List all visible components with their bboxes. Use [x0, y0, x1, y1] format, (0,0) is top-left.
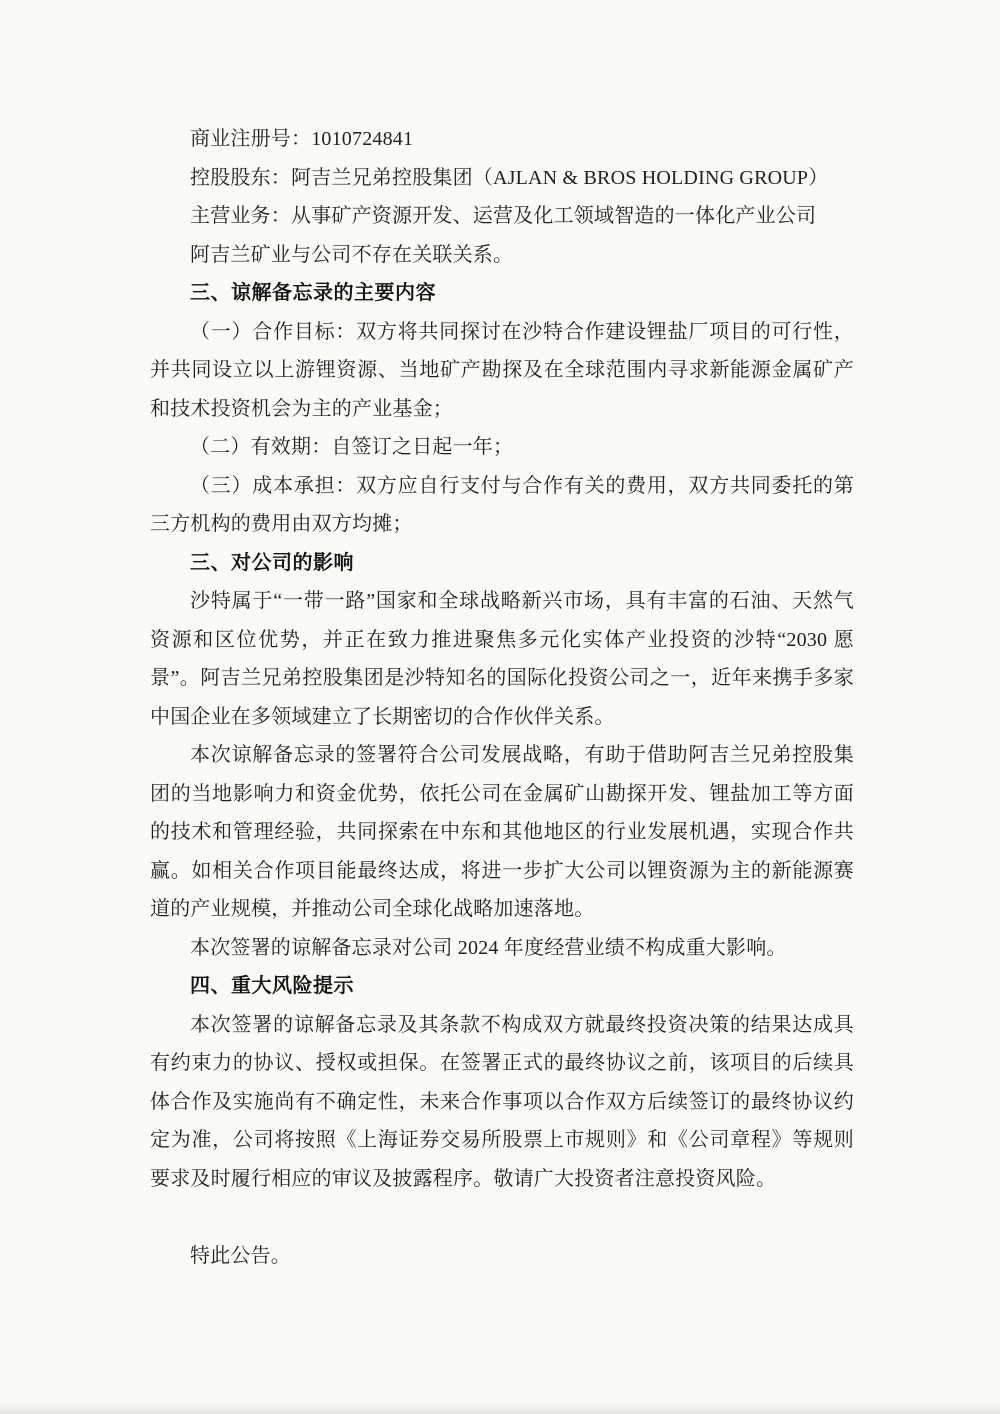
paragraph-cooperation-goal: （一）合作目标：双方将共同探讨在沙特合作建设锂盐厂项目的可行性，并共同设立以上游…	[150, 313, 854, 429]
controlling-shareholder-line: 控股股东：阿吉兰兄弟控股集团（AJLAN & BROS HOLDING GROU…	[150, 159, 854, 198]
section-heading-company-impact: 三、对公司的影响	[150, 544, 854, 583]
paragraph-saudi-background: 沙特属于“一带一路”国家和全球战略新兴市场，具有丰富的石油、天然气资源和区位优势…	[150, 582, 854, 736]
announcement-page: 商业注册号：1010724841 控股股东：阿吉兰兄弟控股集团（AJLAN & …	[0, 0, 1000, 1414]
business-registration-line: 商业注册号：1010724841	[150, 120, 854, 159]
paragraph-performance-impact: 本次签署的谅解备忘录对公司 2024 年度经营业绩不构成重大影响。	[150, 929, 854, 968]
paragraph-strategy-benefit: 本次谅解备忘录的签署符合公司发展战略，有助于借助阿吉兰兄弟控股集团的当地影响力和…	[150, 736, 854, 929]
related-party-line: 阿吉兰矿业与公司不存在关联关系。	[150, 236, 854, 275]
scan-bottom-shadow	[0, 1402, 1000, 1414]
paragraph-risk-statement: 本次签署的谅解备忘录及其条款不构成双方就最终投资决策的结果达成具有约束力的协议、…	[150, 1006, 854, 1199]
section-heading-mou-content: 三、谅解备忘录的主要内容	[150, 274, 854, 313]
paragraph-cost-bearing: （三）成本承担：双方应自行支付与合作有关的费用，双方共同委托的第三方机构的费用由…	[150, 467, 854, 544]
company-info-section: 商业注册号：1010724841 控股股东：阿吉兰兄弟控股集团（AJLAN & …	[150, 120, 854, 274]
section-company-impact: 三、对公司的影响 沙特属于“一带一路”国家和全球战略新兴市场，具有丰富的石油、天…	[150, 544, 854, 968]
closing-announcement-line: 特此公告。	[150, 1237, 854, 1276]
section-risk-warning: 四、重大风险提示 本次签署的谅解备忘录及其条款不构成双方就最终投资决策的结果达成…	[150, 967, 854, 1198]
section-mou-content: 三、谅解备忘录的主要内容 （一）合作目标：双方将共同探讨在沙特合作建设锂盐厂项目…	[150, 274, 854, 544]
paragraph-validity-period: （二）有效期：自签订之日起一年；	[150, 428, 854, 467]
main-business-line: 主营业务：从事矿产资源开发、运营及化工领域智造的一体化产业公司	[150, 197, 854, 236]
section-heading-risk-warning: 四、重大风险提示	[150, 967, 854, 1006]
